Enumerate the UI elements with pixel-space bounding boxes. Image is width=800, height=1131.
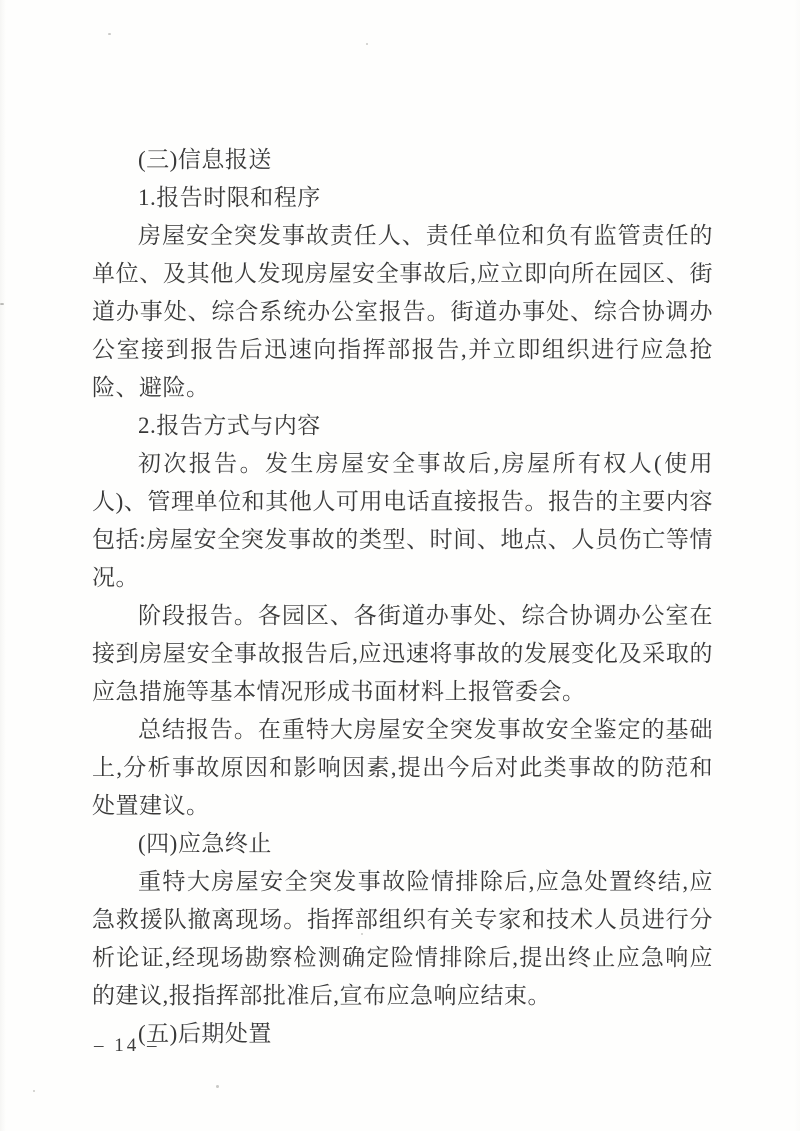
scan-speckle [361, 933, 363, 935]
page-number: – 14 – [94, 1035, 160, 1057]
body-paragraph: 房屋安全突发事故责任人、责任单位和负有监管责任的单位、及其他人发现房屋安全事故后… [92, 217, 713, 407]
scan-speckle [33, 1090, 35, 1092]
scan-speckle [0, 303, 4, 305]
document-body: (三)信息报送 1.报告时限和程序 房屋安全突发事故责任人、责任单位和负有监管责… [92, 141, 713, 1053]
body-paragraph: 重特大房屋安全突发事故险情排除后,应急处置终结,应急救援队撤离现场。指挥部组织有… [92, 863, 713, 1015]
scan-speckle [108, 33, 111, 35]
numbered-subheading-1: 1.报告时限和程序 [92, 179, 713, 217]
section-heading-5: (五)后期处置 [92, 1015, 713, 1053]
body-paragraph: 初次报告。发生房屋安全事故后,房屋所有权人(使用人)、管理单位和其他人可用电话直… [92, 445, 713, 597]
scan-speckle [216, 1085, 219, 1088]
numbered-subheading-2: 2.报告方式与内容 [92, 407, 713, 445]
scan-speckle [366, 43, 368, 45]
section-heading-3: (三)信息报送 [92, 141, 713, 179]
section-heading-4: (四)应急终止 [92, 825, 713, 863]
body-paragraph: 阶段报告。各园区、各街道办事处、综合协调办公室在接到房屋安全事故报告后,应迅速将… [92, 597, 713, 711]
document-page: (三)信息报送 1.报告时限和程序 房屋安全突发事故责任人、责任单位和负有监管责… [0, 0, 800, 1131]
body-paragraph: 总结报告。在重特大房屋安全突发事故安全鉴定的基础上,分析事故原因和影响因素,提出… [92, 711, 713, 825]
